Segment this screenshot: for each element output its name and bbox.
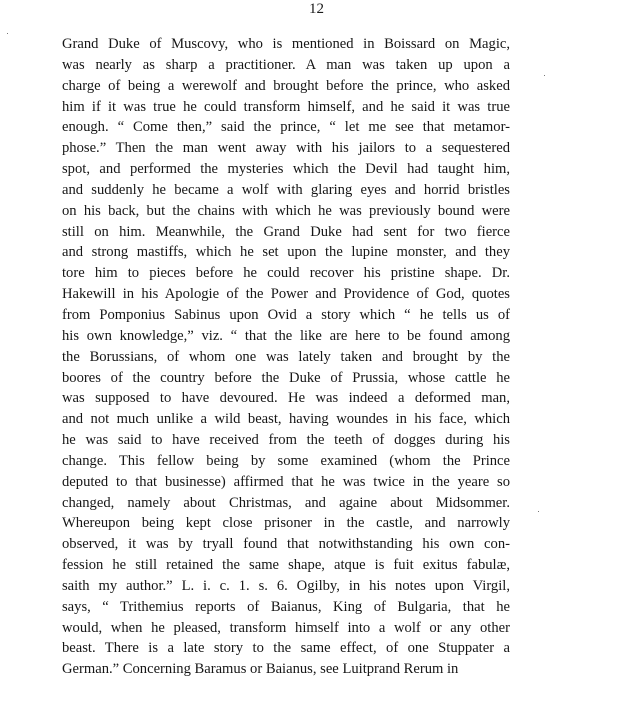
- page-number: 12: [0, 1, 633, 18]
- text-line: he was said to have received from the te…: [62, 430, 510, 451]
- text-line: says, “ Trithemius reports of Baianus, K…: [62, 597, 510, 618]
- text-line: phose.” Then the man went away with his …: [62, 138, 510, 159]
- text-line: enough. “ Come then,” said the prince, “…: [62, 117, 510, 138]
- scan-speck: [544, 75, 545, 76]
- text-line: spot, and performed the mysteries which …: [62, 159, 510, 180]
- scan-speck: [7, 33, 8, 34]
- text-line: changed, namely about Christmas, and aga…: [62, 493, 510, 514]
- text-line: from Pomponius Sabinus upon Ovid a story…: [62, 305, 510, 326]
- text-line: saith my author.” L. i. c. 1. s. 6. Ogil…: [62, 576, 510, 597]
- text-line: the Borussians, of whom one was lately t…: [62, 347, 510, 368]
- text-line: was nearly as sharp a practitioner. A ma…: [62, 55, 510, 76]
- text-line: Grand Duke of Muscovy, who is mentioned …: [62, 34, 510, 55]
- text-line: still on him. Meanwhile, the Grand Duke …: [62, 222, 510, 243]
- text-line: Hakewill in his Apologie of the Power an…: [62, 284, 510, 305]
- text-line: observed, it was by tryall found that no…: [62, 534, 510, 555]
- text-line: change. This fellow being by some examin…: [62, 451, 510, 472]
- body-text: Grand Duke of Muscovy, who is mentioned …: [62, 34, 510, 680]
- text-line: Whereupon being kept close prisoner in t…: [62, 513, 510, 534]
- text-line: and not much unlike a wild beast, having…: [62, 409, 510, 430]
- text-line: deputed to that businesse) affirmed that…: [62, 472, 510, 493]
- text-line: beast. There is a late story to the same…: [62, 638, 510, 659]
- text-line: tore him to pieces before he could recov…: [62, 263, 510, 284]
- text-line: boores of the country before the Duke of…: [62, 368, 510, 389]
- text-line: on his back, but the chains with which h…: [62, 201, 510, 222]
- text-line: and strong mastiffs, which he set upon t…: [62, 242, 510, 263]
- text-line: charge of being a werewolf and brought b…: [62, 76, 510, 97]
- text-line: would, when he pleased, transform himsel…: [62, 618, 510, 639]
- text-line: fession he still retained the same shape…: [62, 555, 510, 576]
- text-line: German.” Concerning Baramus or Baianus, …: [62, 659, 510, 680]
- text-line: him if it was true he could transform hi…: [62, 97, 510, 118]
- text-line: was supposed to have devoured. He was in…: [62, 388, 510, 409]
- scan-speck: [538, 511, 539, 512]
- text-line: his own knowledge,” viz. “ that the like…: [62, 326, 510, 347]
- text-line: and suddenly he became a wolf with glari…: [62, 180, 510, 201]
